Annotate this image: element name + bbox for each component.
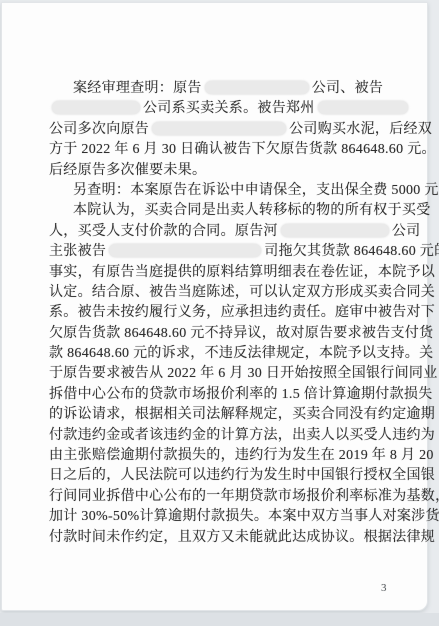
- line-text: 方于 2022 年 6 月 30 日确认被告下欠原告货款 864648.60 元…: [49, 142, 436, 157]
- document-page: 案经审理查明：原告公司、被告公司系买卖关系。被告郑州公司多次向原告公司购买水泥，…: [1, 2, 428, 611]
- document-line: 系。被告未按约履行义务，应承担违约责任。庭审中被告对下: [49, 303, 401, 323]
- line-text: 事实，有原告当庭提供的原料结算明细表在卷佐证，本院予以: [49, 265, 435, 280]
- line-text: 系。被告未按约履行义务，应承担违约责任。庭审中被告对下: [49, 305, 435, 320]
- document-line: 事实，有原告当庭提供的原料结算明细表在卷佐证，本院予以: [49, 263, 401, 283]
- redaction-block: [318, 101, 408, 114]
- line-text: 公司购买水泥，后经双: [289, 122, 432, 137]
- line-text: 付款时间未作约定，且双方又未能就此达成协议。根据法律规: [49, 530, 435, 545]
- redaction-block: [205, 81, 309, 94]
- document-line: 欠原告货款 864648.60 元不持异议，故对原告要求被告支付货: [49, 324, 401, 344]
- document-line: 案经审理查明：原告公司、被告: [49, 79, 401, 99]
- document-line: 付款时间未作约定，且双方又未能就此达成协议。根据法律规: [49, 528, 401, 548]
- page-number: 3: [381, 582, 387, 594]
- line-text: 公司系买卖关系。被告郑州: [143, 101, 315, 116]
- document-line: 认定。结合原、被告当庭陈述，可以认定双方形成买卖合同关: [49, 283, 401, 303]
- line-text: 主张被告: [49, 244, 106, 259]
- document-line: 由主张赔偿逾期付款损失的，违约行为发生在 2019 年 8 月 20: [49, 446, 401, 466]
- line-text: 认定。结合原、被告当庭陈述，可以认定双方形成买卖合同关: [49, 285, 435, 300]
- document-line: 付款违约金或者该违约金的计算方法，出卖人以买受人违约为: [49, 426, 401, 446]
- line-text: 案经审理查明：原告: [73, 81, 202, 96]
- line-text: 本院认为，买卖合同是出卖人转移标的物的所有权于买受: [73, 203, 431, 218]
- line-text: 欠原告货款 864648.60 元不持异议，故对原告要求被告支付货: [49, 326, 433, 341]
- line-text: 另查明：本案原告在诉讼中申请保全，支出保全费 5000 元。: [73, 183, 439, 198]
- line-text: 公司多次向原告: [49, 122, 149, 137]
- document-line: 后经原告多次催要未果。: [49, 161, 401, 181]
- document-line: 本院认为，买卖合同是出卖人转移标的物的所有权于买受: [49, 201, 401, 221]
- line-text: 的诉讼请求，根据相关司法解释规定，买卖合同没有约定逾期: [49, 407, 435, 422]
- line-text: 由主张赔偿逾期付款损失的，违约行为发生在 2019 年 8 月 20: [49, 448, 434, 463]
- line-text: 加计 30%-50%计算逾期付款损失。本案中双方当事人对案涉货款: [49, 509, 439, 524]
- document-line: 日之后的，人民法院可以违约行为发生时中国银行授权全国银: [49, 466, 401, 486]
- document-line: 拆借中心公布的贷款市场报价利率的 1.5 倍计算逾期付款损失: [49, 385, 401, 405]
- scan-background-edge: [0, 613, 439, 626]
- line-text: 日之后的，人民法院可以违约行为发生时中国银行授权全国银: [49, 468, 435, 483]
- line-text: 后经原告多次催要未果。: [49, 163, 206, 178]
- document-line: 款 864648.60 元的诉求，不违反法律规定，本院予以支持。关: [49, 344, 401, 364]
- document-line: 公司系买卖关系。被告郑州: [49, 99, 401, 119]
- document-line: 另查明：本案原告在诉讼中申请保全，支出保全费 5000 元。: [49, 181, 401, 201]
- line-text: 付款违约金或者该违约金的计算方法，出卖人以买受人违约为: [49, 428, 435, 443]
- document-line: 行间同业拆借中心公布的一年期贷款市场报价利率标准为基数，: [49, 487, 401, 507]
- line-text: 人，买受人支付价款的合同。原告河: [49, 224, 278, 239]
- document-line: 于原告要求被告从 2022 年 6 月 30 日开始按照全国银行间同业: [49, 364, 401, 384]
- line-text: 于原告要求被告从 2022 年 6 月 30 日开始按照全国银行间同业: [49, 366, 438, 381]
- line-text: 公司、被告: [312, 81, 384, 96]
- line-text: 司拖欠其货款 864648.60 元的: [264, 244, 439, 259]
- line-text: 拆借中心公布的贷款市场报价利率的 1.5 倍计算逾期付款损失: [49, 387, 433, 402]
- redaction-block: [52, 101, 140, 114]
- line-text: 行间同业拆借中心公布的一年期贷款市场报价利率标准为基数，: [49, 489, 439, 504]
- document-line: 人，买受人支付价款的合同。原告河公司: [49, 222, 401, 242]
- document-line: 加计 30%-50%计算逾期付款损失。本案中双方当事人对案涉货款: [49, 507, 401, 527]
- redaction-block: [281, 224, 389, 237]
- text-block: 案经审理查明：原告公司、被告公司系买卖关系。被告郑州公司多次向原告公司购买水泥，…: [49, 79, 401, 548]
- line-text: 公司: [392, 224, 421, 239]
- redaction-block: [152, 122, 286, 135]
- document-line: 的诉讼请求，根据相关司法解释规定，买卖合同没有约定逾期: [49, 405, 401, 425]
- document-line: 公司多次向原告公司购买水泥，后经双: [49, 120, 401, 140]
- document-line: 主张被告司拖欠其货款 864648.60 元的: [49, 242, 401, 262]
- redaction-block: [109, 244, 261, 257]
- document-line: 方于 2022 年 6 月 30 日确认被告下欠原告货款 864648.60 元…: [49, 140, 401, 160]
- line-text: 款 864648.60 元的诉求，不违反法律规定，本院予以支持。关: [49, 346, 433, 361]
